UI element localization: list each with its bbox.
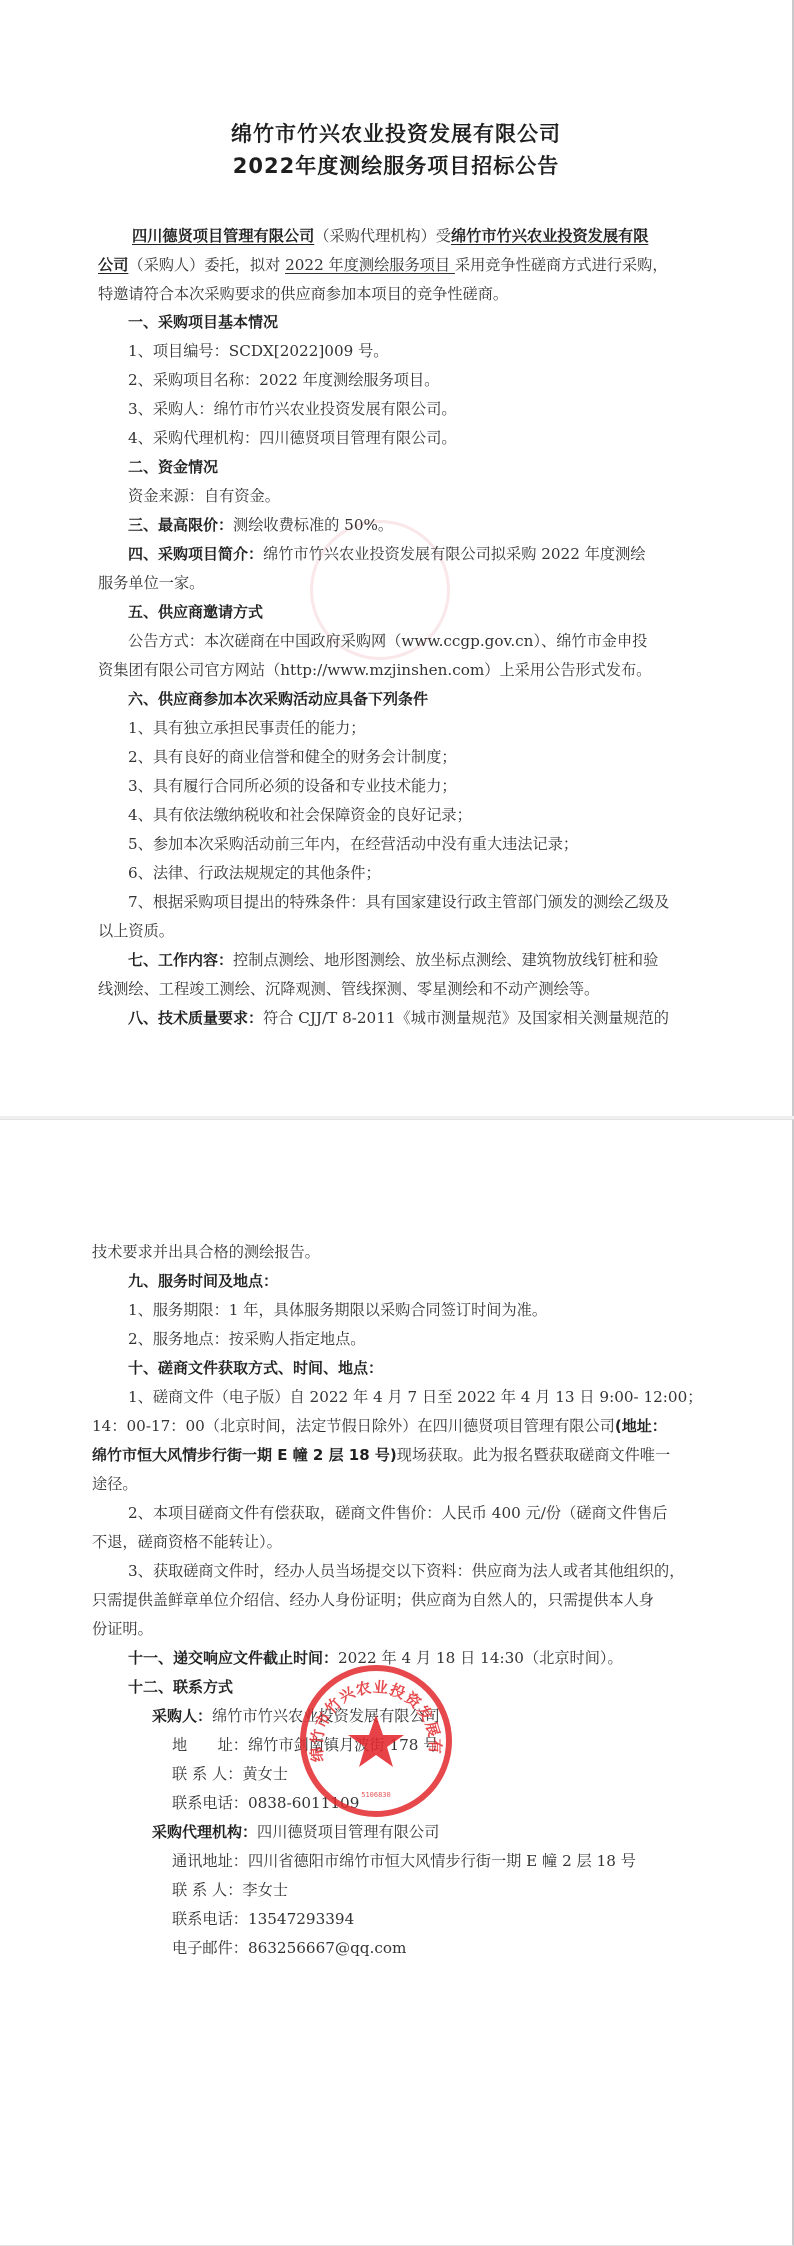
section9-heading: 九、服务时间及地点： xyxy=(128,1271,278,1291)
section12-heading: 十二、联系方式 xyxy=(128,1677,233,1697)
section1-item: 2、采购项目名称：2022 年度测绘服务项目。 xyxy=(128,370,439,390)
section10-p3-line2: 只需提供盖鲜章单位介绍信、经办人身份证明；供应商为自然人的，只需提供本人身 xyxy=(92,1590,654,1610)
section2-heading: 二、资金情况 xyxy=(128,457,218,477)
section5-heading: 五、供应商邀请方式 xyxy=(128,602,263,622)
section10-p2-line1: 2、本项目磋商文件有偿获取，磋商文件售价：人民币 400 元/份（磋商文件售后 xyxy=(128,1503,667,1523)
section2-text: 资金来源：自有资金。 xyxy=(128,486,280,506)
section7-line1: 七、工作内容：控制点测绘、地形图测绘、放坐标点测绘、建筑物放线钉桩和验 xyxy=(128,950,658,970)
section4-line1: 四、采购项目简介：绵竹市竹兴农业投资发展有限公司拟采购 2022 年度测绘 xyxy=(128,544,645,564)
section6-item: 6、法律、行政法规规定的其他条件； xyxy=(128,863,381,883)
section1-item: 4、采购代理机构：四川德贤项目管理有限公司。 xyxy=(128,428,457,448)
section6-item: 5、参加本次采购活动前三年内，在经营活动中没有重大违法记录； xyxy=(128,834,578,854)
section8-line1: 八、技术质量要求：符合 CJJ/T 8-2011《城市测量规范》及国家相关测量规… xyxy=(128,1008,669,1028)
section10-p3-line3: 份证明。 xyxy=(92,1619,153,1639)
section8-line2: 技术要求并出具合格的测绘报告。 xyxy=(92,1242,320,1262)
agency-contact: 联 系 人：李女士 xyxy=(172,1880,288,1900)
buyer-name: 绵竹市竹兴农业投资发展有限 xyxy=(451,227,648,245)
document-page-1: 绵竹市竹兴农业投资发展有限公司 2022年度测绘服务项目招标公告 四川德贤项目管… xyxy=(0,0,794,1116)
section10-p1-line3: 绵竹市恒大风情步行街一期 E 幢 2 层 18 号)现场获取。此为报名暨获取磋商… xyxy=(92,1445,670,1465)
section5-line2: 资集团有限公司官方网站（http://www.mzjinshen.com）上采用… xyxy=(98,660,651,680)
section4-line2: 服务单位一家。 xyxy=(98,573,204,593)
section1-item: 3、采购人：绵竹市竹兴农业投资发展有限公司。 xyxy=(128,399,457,419)
document-title-line2: 2022年度测绘服务项目招标公告 xyxy=(0,150,792,180)
section9-item: 2、服务地点：按采购人指定地点。 xyxy=(128,1329,365,1349)
agency-name-link: 四川德贤项目管理有限公司 xyxy=(132,227,314,245)
section6-item: 1、具有独立承担民事责任的能力； xyxy=(128,718,365,738)
section6-item: 3、具有履行合同所必须的设备和专业技术能力； xyxy=(128,776,457,796)
intro-line2: 公司（采购人）委托，拟对 2022 年度测绘服务项目 采用竞争性磋商方式进行采购… xyxy=(98,255,668,275)
document-title-line1: 绵竹市竹兴农业投资发展有限公司 xyxy=(0,118,792,148)
intro-line1: 四川德贤项目管理有限公司（采购代理机构）受绵竹市竹兴农业投资发展有限 xyxy=(132,226,648,246)
section10-p1-line4: 途径。 xyxy=(92,1474,138,1494)
agency-phone: 联系电话：13547293394 xyxy=(172,1909,354,1929)
section11-line: 十一、递交响应文件截止时间：2022 年 4 月 18 日 14:30（北京时间… xyxy=(128,1648,623,1668)
agency-address: 通讯地址：四川省德阳市绵竹市恒大风情步行街一期 E 幢 2 层 18 号 xyxy=(172,1851,636,1871)
buyer-contact: 联 系 人：黄女士 xyxy=(172,1764,288,1784)
section10-p2-line2: 不退，磋商资格不能转让）。 xyxy=(92,1532,282,1552)
section1-heading: 一、采购项目基本情况 xyxy=(128,312,278,332)
section5-line1: 公告方式：本次磋商在中国政府采购网（www.ccgp.gov.cn）、绵竹市金申… xyxy=(128,631,647,651)
agency-address-bold: 绵竹市恒大风情步行街一期 E 幢 2 层 18 号) xyxy=(92,1446,397,1464)
section6-item: 2、具有良好的商业信誉和健全的财务会计制度； xyxy=(128,747,457,767)
section3-line: 三、最高限价：测绘收费标准的 50%。 xyxy=(128,515,393,535)
section9-item: 1、服务期限：1 年，具体服务期限以采购合同签订时间为准。 xyxy=(128,1300,547,1320)
section10-heading: 十、磋商文件获取方式、时间、地点： xyxy=(128,1358,383,1378)
section1-item: 1、项目编号：SCDX[2022]009 号。 xyxy=(128,341,389,361)
agency-name-line: 采购代理机构：四川德贤项目管理有限公司 xyxy=(152,1822,439,1842)
section6-item: 4、具有依法缴纳税收和社会保障资金的良好记录； xyxy=(128,805,472,825)
section10-p1-line1: 1、磋商文件（电子版）自 2022 年 4 月 7 日至 2022 年 4 月 … xyxy=(128,1387,702,1407)
agency-email: 电子邮件：863256667@qq.com xyxy=(172,1938,406,1958)
project-name: 2022 年度测绘服务项目 xyxy=(285,256,455,274)
section10-p3-line1: 3、获取磋商文件时，经办人员当场提交以下资料：供应商为法人或者其他组织的， xyxy=(128,1561,684,1581)
section6-heading: 六、供应商参加本次采购活动应具备下列条件 xyxy=(128,689,428,709)
section10-p1-line2: 14：00-17：00（北京时间，法定节假日除外）在四川德贤项目管理有限公司(地… xyxy=(92,1416,667,1436)
section6-item7-cont: 以上资质。 xyxy=(98,921,174,941)
intro-line3: 特邀请符合本次采购要求的供应商参加本项目的竞争性磋商。 xyxy=(98,284,508,304)
buyer-address: 地 址：绵竹市剑南镇月波街 178 号 xyxy=(172,1735,438,1755)
section7-line2: 线测绘、工程竣工测绘、沉降观测、管线探测、零星测绘和不动产测绘等。 xyxy=(98,979,599,999)
buyer-name-line: 采购人：绵竹市竹兴农业投资发展有限公司 xyxy=(152,1706,440,1726)
buyer-phone: 联系电话：0838-6011109 xyxy=(172,1793,359,1813)
section6-item: 7、根据采购项目提出的特殊条件：具有国家建设行政主管部门颁发的测绘乙级及 xyxy=(128,892,669,912)
document-page-2: 技术要求并出具合格的测绘报告。 九、服务时间及地点： 1、服务期限：1 年，具体… xyxy=(0,1119,794,2246)
